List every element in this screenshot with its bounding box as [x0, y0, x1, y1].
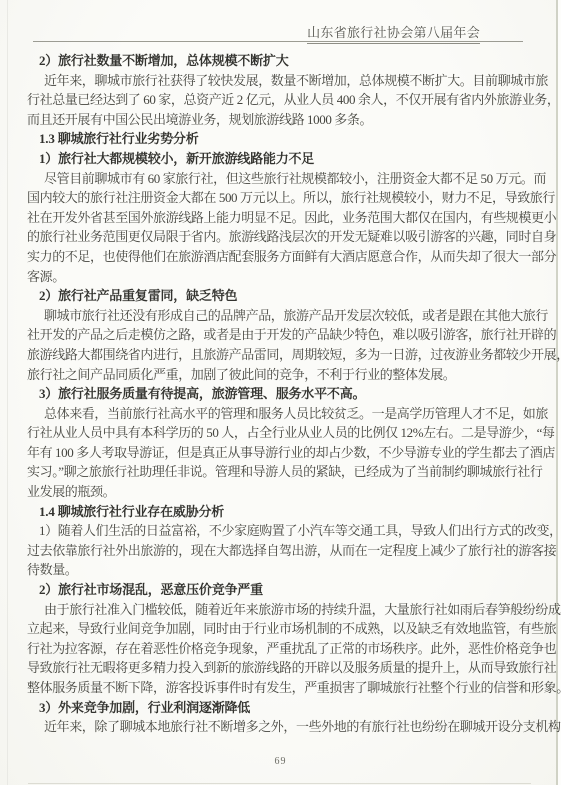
text-line: 立起来，导致行业间竞争加剧，同时由于行业市场机制的不成熟，以及缺乏有效地监管，有… — [27, 619, 539, 639]
section-heading: 1.3 聊城旅行社行业劣势分析 — [27, 129, 539, 149]
text-line: 客源。 — [27, 267, 539, 287]
page-number: 69 — [275, 756, 287, 767]
text-line: 的旅行社业务范围更仅局限于省内。旅游线路浅层次的开发无疑难以吸引游客的兴趣，同时… — [27, 227, 539, 247]
text-line: 实习。”聊之旅旅行社助理任非说。管理和导游人员的紧缺，已经成为了当前制约聊城旅行… — [27, 462, 539, 482]
section-heading: 1.4 聊城旅行社行业存在威胁分析 — [27, 502, 539, 522]
document-body: 2）旅行社数量不断增加，总体规模不断扩大近年来，聊城市旅行社获得了较快发展，数量… — [27, 51, 539, 737]
text-line: 近年来，除了聊城本地旅行社不断增多之外，一些外地的有旅行社也纷纷在聊城开设分支机… — [27, 717, 539, 737]
text-line: 社开发的产品之后走模仿之路，或者是由于开发的产品缺少特色，难以吸引游客，旅行社开… — [27, 325, 539, 345]
page-footer: 69 — [0, 751, 561, 769]
text-line: 国内较大的旅行社注册资金大都在 500 万元以上。所以，旅行社规模较小，财力不足… — [27, 188, 539, 208]
text-line: 行社总量已经达到了 60 家，总资产近 2 亿元，从业人员 400 余人，不仅开… — [27, 90, 539, 110]
text-line: 年有 100 多人考取导游证，但是真正从事导游行业的却占少数，不少导游专业的学生… — [27, 443, 539, 463]
text-line: 旅行社之间产品同质化严重，加剧了彼此间的竞争，不利于行业的整体发展。 — [27, 365, 539, 385]
text-line: 行社从业人员中具有本科学历的 50 人，占全行业从业人员的比例仅 12%左右。二… — [27, 423, 539, 443]
text-line: 而且还开展有中国公民出境游业务，规划旅游线路 1000 多条。 — [27, 110, 539, 130]
text-line: 聊城市旅行社还没有形成自己的品牌产品，旅游产品开发层次较低，或者是跟在其他大旅行 — [27, 306, 539, 326]
scan-edge-left — [7, 0, 8, 785]
scan-edge-bottom — [28, 783, 531, 784]
text-line: 旅游线路大都围绕省内进行，且旅游产品雷同，周期较短，多为一日游，过夜游业务都较少… — [27, 345, 539, 365]
section-heading: 3）旅行社服务质量有待提高，旅游管理、服务水平不高。 — [27, 384, 539, 404]
header-rule — [33, 41, 523, 42]
text-line: 尽管目前聊城市有 60 家旅行社，但这些旅行社规模都较小，注册资金大都不足 50… — [27, 169, 539, 189]
section-heading: 2）旅行社产品重复雷同，缺乏特色 — [27, 286, 539, 306]
section-heading: 2）旅行社市场混乱，恶意压价竞争严重 — [27, 580, 539, 600]
text-line: 实力的不足，也使得他们在旅游酒店配套服务方面鲜有大酒店愿意合作，从而失却了很大一… — [27, 247, 539, 267]
section-heading: 2）旅行社数量不断增加，总体规模不断扩大 — [27, 51, 539, 71]
text-line: 行社为拉客源，存在着恶性价格竞争现象，严重扰乱了正常的市场秩序。此外，恶性价格竞… — [27, 639, 539, 659]
text-line: 1）随着人们生活的日益富裕，不少家庭购置了小汽车等交通工具，导致人们出行方式的改… — [27, 521, 539, 541]
text-line: 过去依靠旅行社外出旅游的，现在大都选择自驾出游，从而在一定程度上减少了旅行社的游… — [27, 541, 539, 561]
text-line: 社在开发外省甚至国外旅游线路上能力明显不足。因此，业务范围大都仅在国内，有些规模… — [27, 208, 539, 228]
text-line: 近年来，聊城市旅行社获得了较快发展，数量不断增加，总体规模不断扩大。目前聊城市旅 — [27, 71, 539, 91]
text-line: 总体来看，当前旅行社高水平的管理和服务人员比较贫乏。一是高学历管理人才不足，如旅 — [27, 404, 539, 424]
text-line: 待数量。 — [27, 560, 539, 580]
text-line: 业发展的瓶颈。 — [27, 482, 539, 502]
scan-edge-right — [556, 0, 558, 785]
scanned-document-page: 山东省旅行社协会第八届年会 2）旅行社数量不断增加，总体规模不断扩大近年来，聊城… — [0, 0, 561, 785]
text-line: 整体服务质量不断下降，游客投诉事件时有发生，严重损害了聊城旅行社整个行业的信誉和… — [27, 678, 539, 698]
text-line: 由于旅行社准入门槛较低，随着近年来旅游市场的持续升温，大量旅行社如雨后春笋般纷纷… — [27, 600, 539, 620]
section-heading: 1）旅行社大都规模较小，新开旅游线路能力不足 — [27, 149, 539, 169]
text-line: 导致旅行社无暇将更多精力投入到新的旅游线路的开辟以及服务质量的提升上，从而导致旅… — [27, 658, 539, 678]
section-heading: 3）外来竞争加剧，行业利润逐渐降低 — [27, 698, 539, 718]
